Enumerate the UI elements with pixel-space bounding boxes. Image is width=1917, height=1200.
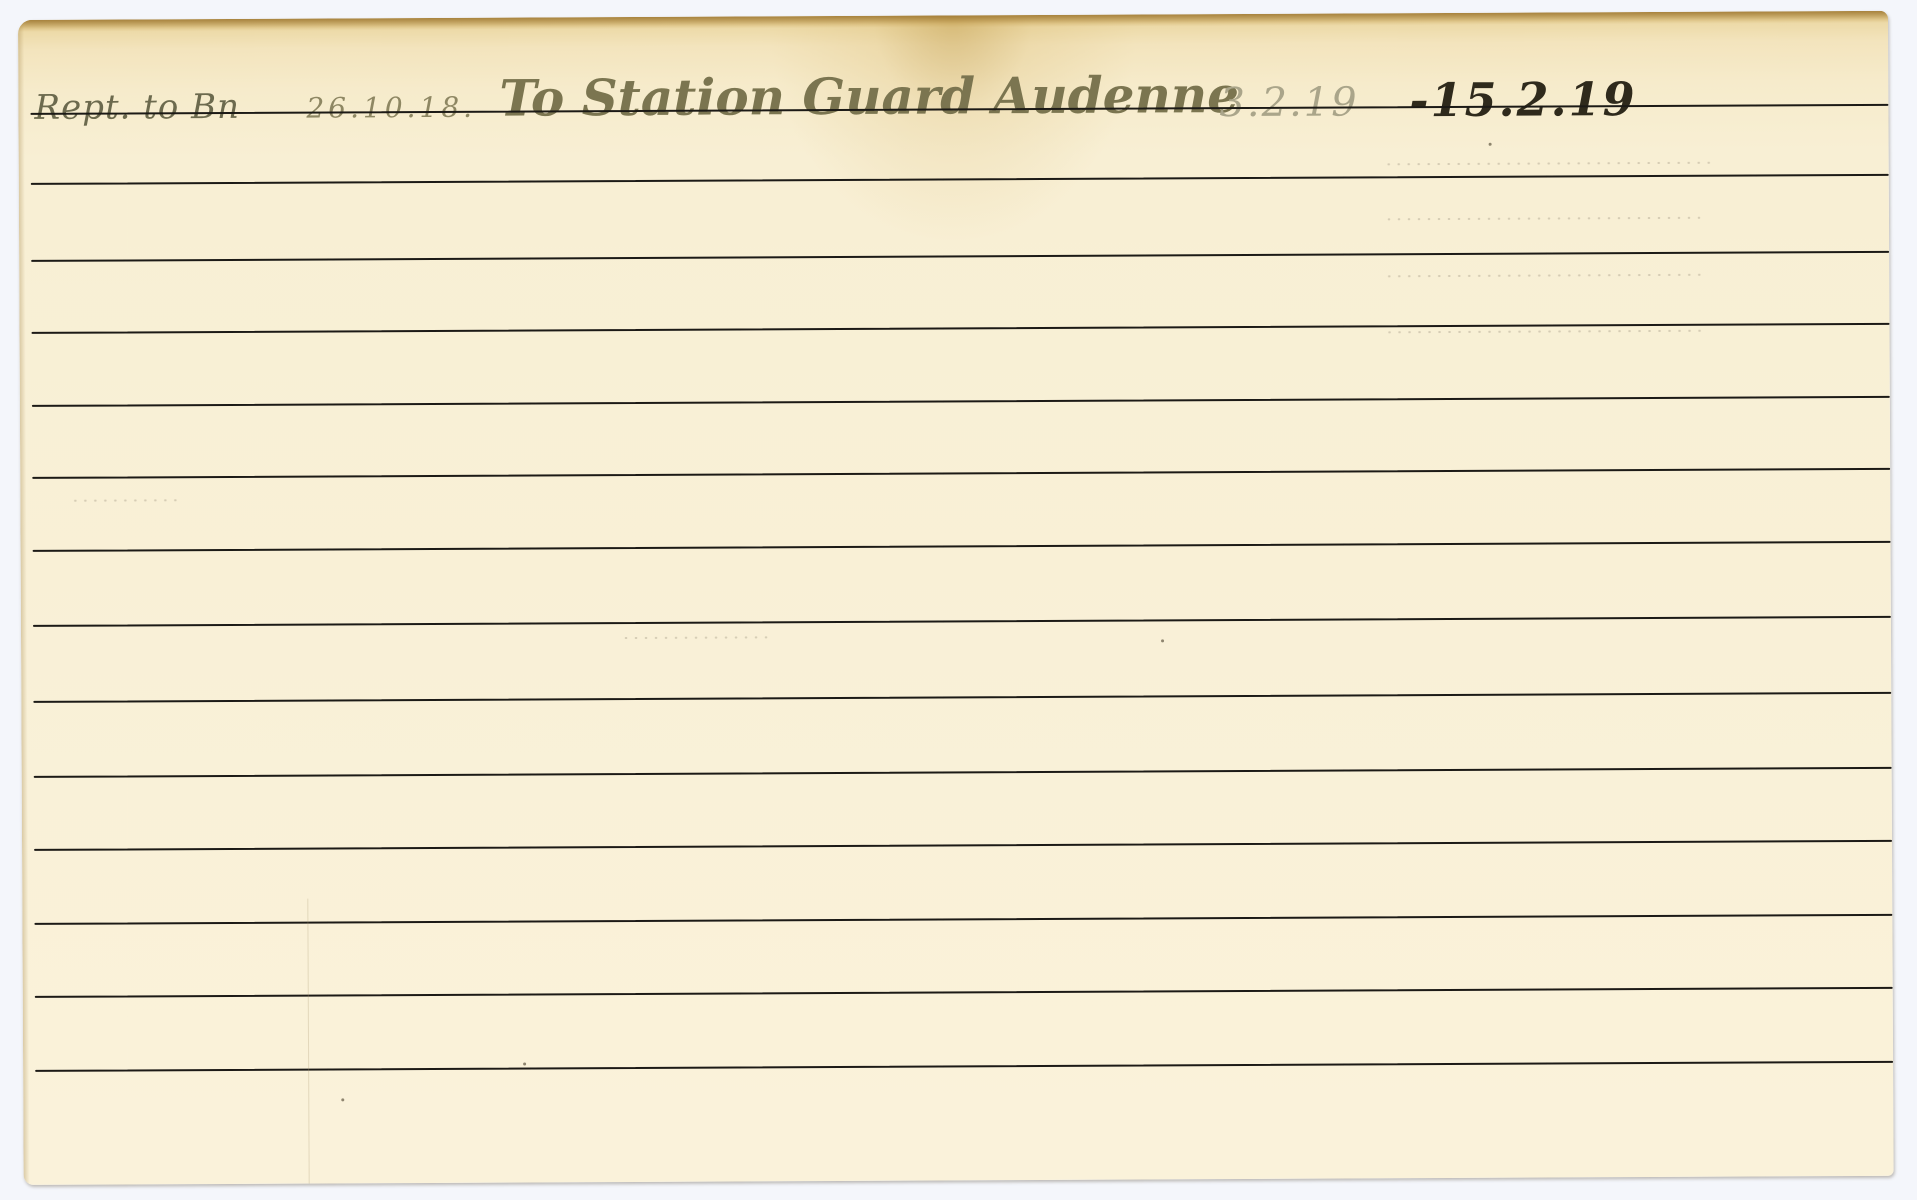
reverse-print-showthrough [1384,217,1704,221]
ruled-line-7 [33,541,1891,552]
ruled-line-13 [35,987,1893,998]
reverse-print-showthrough [621,636,771,639]
fold-crease [307,899,309,1184]
ruled-line-2 [31,174,1889,185]
paper-speck [1489,143,1492,146]
ruled-line-11 [34,840,1892,851]
ruled-line-6 [32,468,1890,479]
record-card: Rept. to Bn 26.10.18. To Station Guard A… [18,11,1894,1185]
scan-background: Rept. to Bn 26.10.18. To Station Guard A… [0,0,1917,1200]
reverse-print-showthrough [1384,162,1714,166]
ruled-line-14 [35,1061,1893,1072]
ruled-line-12 [34,914,1892,925]
ruled-line-3 [31,251,1889,262]
entry-date-from: 3.2.19 [1219,79,1358,126]
ruled-line-8 [33,616,1891,627]
ruled-line-4 [32,323,1890,334]
paper-speck [523,1063,526,1066]
entry-rept-to-bn: Rept. to Bn [34,87,240,128]
paper-speck [341,1098,344,1101]
entry-date-to: -15.2.19 [1409,72,1636,127]
paper-speck [1161,639,1164,642]
entry-station-guard: To Station Guard Audenne [499,65,1239,128]
entry-date-reported: 26.10.18. [306,91,476,125]
ruled-line-9 [33,692,1891,703]
reverse-print-showthrough [70,499,180,502]
reverse-print-showthrough [1384,274,1704,278]
reverse-print-showthrough [1385,330,1705,334]
ruled-line-10 [34,767,1892,778]
ruled-line-5 [32,396,1890,407]
